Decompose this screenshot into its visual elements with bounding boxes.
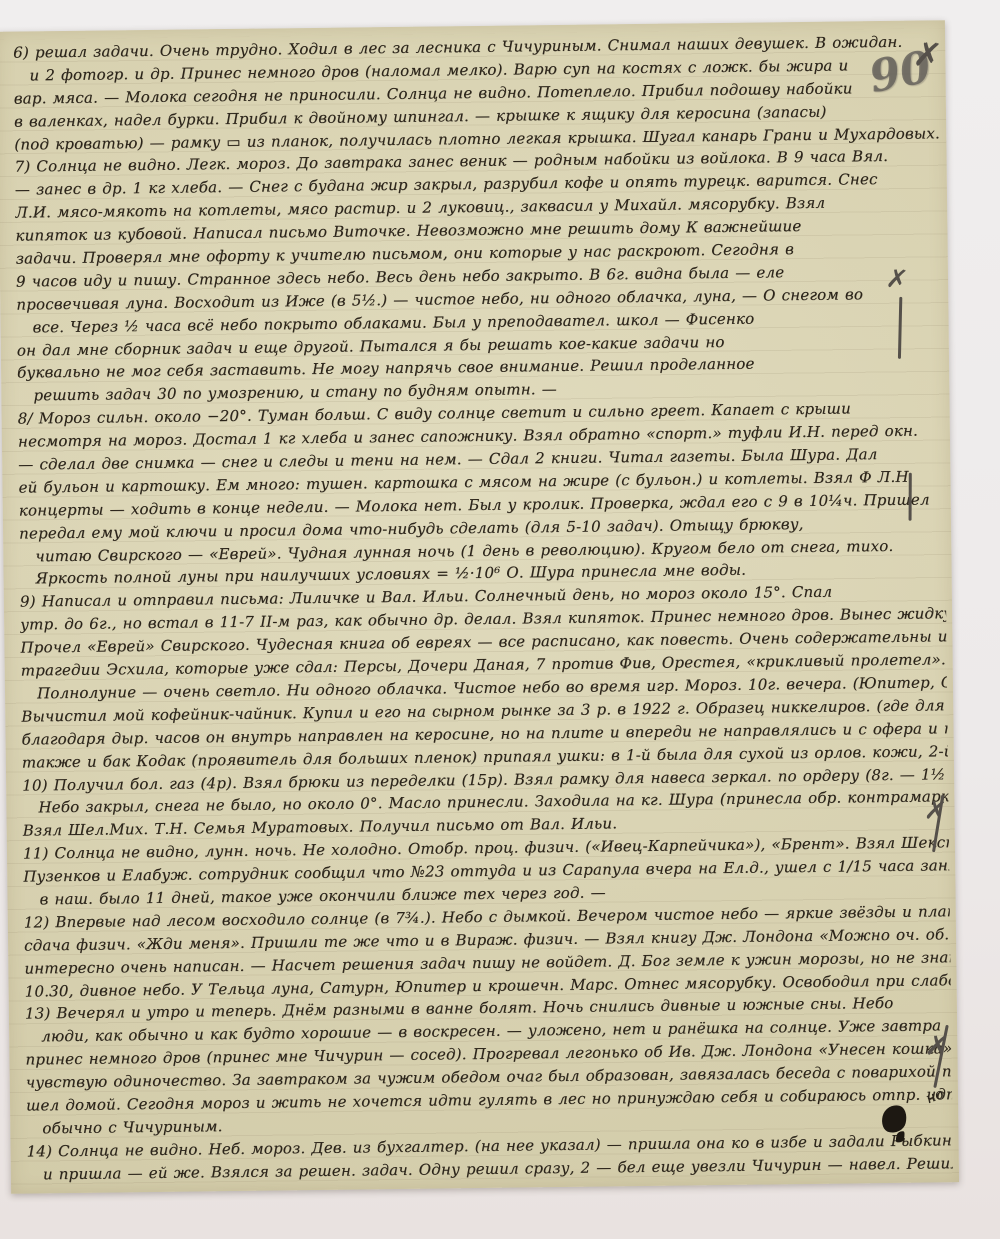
pencil-cross-icon: ✗ (924, 1031, 951, 1062)
pencil-stroke (909, 473, 912, 521)
pencil-cross-icon: ✗ (911, 37, 944, 74)
pencil-cross-icon: ✗ (884, 266, 909, 295)
pencil-cross-icon: ✗ (923, 797, 948, 826)
diary-page: 6) решал задачи. Очень трудно. Ходил в л… (0, 20, 959, 1193)
manuscript-lines: 6) решал задачи. Очень трудно. Ходил в л… (13, 30, 953, 1189)
